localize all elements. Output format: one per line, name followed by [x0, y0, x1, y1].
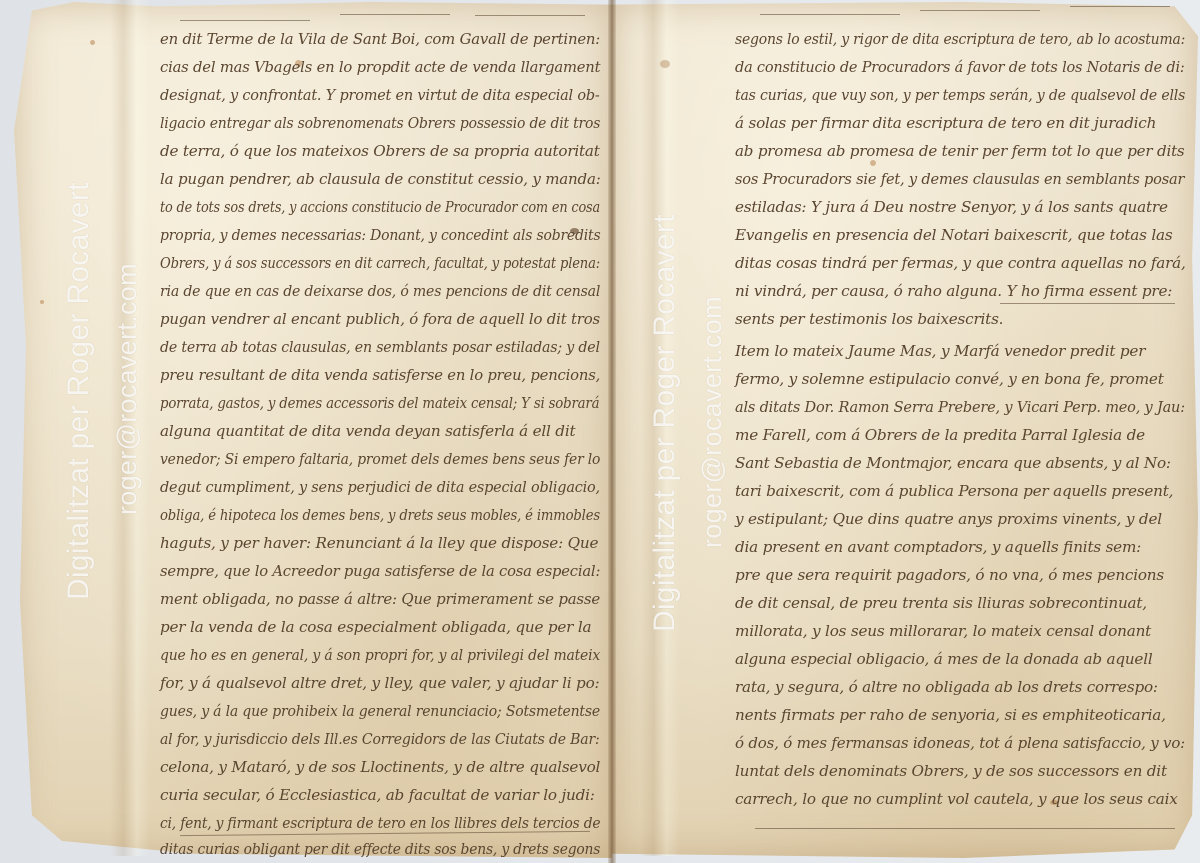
manuscript-line: carrech, lo que no cumplint vol cautela,… — [735, 790, 1178, 808]
stain — [870, 160, 876, 166]
manuscript-line: segons lo estil, y rigor de dita escript… — [735, 30, 1185, 48]
manuscript-line: Evangelis en presencia del Notari baixes… — [735, 226, 1172, 244]
manuscript-line: celona, y Mataró, y de sos Lloctinents, … — [160, 758, 600, 776]
manuscript-line: degut cumpliment, y sens perjudici de di… — [160, 478, 600, 496]
manuscript-line: propria, y demes necessarias: Donant, y … — [160, 226, 600, 244]
manuscript-line: rata, y segura, ó altre no obligada ab l… — [735, 678, 1158, 696]
manuscript-line: pugan vendrer al encant publich, ó fora … — [160, 310, 600, 328]
manuscript-line: curia secular, ó Ecclesiastica, ab facul… — [160, 786, 595, 804]
manuscript-line: fermo, y solemne estipulacio convé, y en… — [735, 370, 1164, 388]
manuscript-line: sents per testimonis los baixescrits. — [735, 310, 1003, 328]
stain — [90, 40, 95, 45]
manuscript-line: ment obligada, no passe á altre: Que pri… — [160, 590, 600, 608]
stain — [40, 300, 44, 304]
manuscript-line: obliga, é hipoteca los demes bens, y dre… — [160, 506, 600, 524]
ruled-line — [1000, 303, 1175, 304]
manuscript-line: estiladas: Y jura á Deu nostre Senyor, y… — [735, 198, 1168, 216]
manuscript-line: sos Procuradors sie fet, y demes clausul… — [735, 170, 1184, 188]
manuscript-line: luntat dels denominats Obrers, y de sos … — [735, 762, 1167, 780]
watermark-credit: Digitalitzat per Roger Rocavert — [648, 214, 682, 632]
manuscript-line: ditas cosas tindrá per fermas, y que con… — [735, 254, 1186, 272]
stain — [660, 60, 670, 68]
manuscript-line: dia present en avant comptadors, y aquel… — [735, 538, 1141, 556]
manuscript-line: preu resultant de dita venda satisferse … — [160, 366, 600, 384]
page-spine — [608, 0, 616, 863]
manuscript-line: tari baixescrit, com á publica Persona p… — [735, 482, 1173, 500]
manuscript-line: millorata, y los seus millorarar, lo mat… — [735, 622, 1151, 640]
manuscript-line: pre que sera requirit pagadors, ó no vna… — [735, 566, 1164, 584]
manuscript-line: en dit Terme de la Vila de Sant Boi, com… — [160, 30, 600, 48]
manuscript-line: porrata, gastos, y demes accessoris del … — [160, 394, 599, 412]
manuscript-line: ni vindrá, per causa, ó raho alguna. Y h… — [735, 282, 1172, 300]
scan-background: en dit Terme de la Vila de Sant Boi, com… — [0, 0, 1200, 863]
manuscript-line: for, y á qualsevol altre dret, y lley, q… — [160, 674, 599, 692]
manuscript-line: ci, fent, y firmant escriptura de tero e… — [160, 814, 600, 832]
manuscript-line: als ditats Dor. Ramon Serra Prebere, y V… — [735, 398, 1185, 416]
manuscript-line: al for, y jurisdiccio dels Ill.es Correg… — [160, 730, 600, 748]
manuscript-line: alguna quantitat de dita venda deyan sat… — [160, 422, 575, 440]
ruled-line — [340, 14, 450, 15]
ruled-line — [920, 10, 1040, 11]
manuscript-line: tas curias, que vuy son, y per temps ser… — [735, 86, 1185, 104]
manuscript-line: per la venda de la cosa especialment obl… — [160, 618, 591, 636]
watermark-email: roger@rocavert.com — [112, 263, 143, 515]
ruled-line — [180, 20, 310, 21]
ruled-line — [760, 14, 900, 15]
manuscript-line: venedor; Si empero faltaria, promet dels… — [160, 450, 600, 468]
ruled-line — [1070, 6, 1170, 7]
manuscript-line: Obrers, y á sos successors en dit carrec… — [160, 254, 600, 272]
manuscript-line: ab promesa ab promesa de tenir per ferm … — [735, 142, 1184, 160]
manuscript-line: designat, y confrontat. Y promet en virt… — [160, 86, 600, 104]
manuscript-line: nents firmats per raho de senyoria, si e… — [735, 706, 1166, 724]
watermark-credit: Digitalitzat per Roger Rocavert — [62, 182, 96, 600]
manuscript-line: cias del mas Vbagels en lo propdit acte … — [160, 58, 600, 76]
manuscript-line: gues, y á la que prohibeix la general re… — [160, 702, 600, 720]
manuscript-line: ligacio entregar als sobrenomenats Obrer… — [160, 114, 600, 132]
manuscript-line: sempre, que lo Acreedor puga satisferse … — [160, 562, 600, 580]
manuscript-line: la pugan pendrer, ab clausula de constit… — [160, 170, 601, 188]
manuscript-line: de terra ab totas clausulas, en semblant… — [160, 338, 600, 356]
manuscript-line: haguts, y per haver: Renunciant á la lle… — [160, 534, 598, 552]
ruled-line — [475, 15, 585, 16]
manuscript-line: Item lo mateix Jaume Mas, y Marfá venedo… — [735, 342, 1145, 360]
manuscript-line: ditas curias obligant per dit effecte di… — [160, 840, 600, 858]
manuscript-line: Sant Sebastia de Montmajor, encara que a… — [735, 454, 1171, 472]
manuscript-line: ó dos, ó mes fermansas idoneas, tot á pl… — [735, 734, 1185, 752]
manuscript-line: ria de que en cas de deixarse dos, ó mes… — [160, 282, 600, 300]
manuscript-line: y estipulant; Que dins quatre anys proxi… — [735, 510, 1162, 528]
watermark-email: roger@rocavert.com — [697, 296, 728, 548]
manuscript-line: de dit censal, de preu trenta sis lliura… — [735, 594, 1147, 612]
manuscript-line: alguna especial obligacio, á mes de la d… — [735, 650, 1153, 668]
manuscript-line: me Farell, com á Obrers de la predita Pa… — [735, 426, 1145, 444]
ruled-line — [755, 828, 1175, 829]
manuscript-line: á solas per firmar dita escriptura de te… — [735, 114, 1156, 132]
manuscript-line: que ho es en general, y á son propri for… — [160, 646, 600, 664]
manuscript-line: da constitucio de Procuradors á favor de… — [735, 58, 1185, 76]
manuscript-line: de terra, ó que los mateixos Obrers de s… — [160, 142, 600, 160]
manuscript-line: to de tots sos drets, y accions constitu… — [160, 198, 600, 216]
